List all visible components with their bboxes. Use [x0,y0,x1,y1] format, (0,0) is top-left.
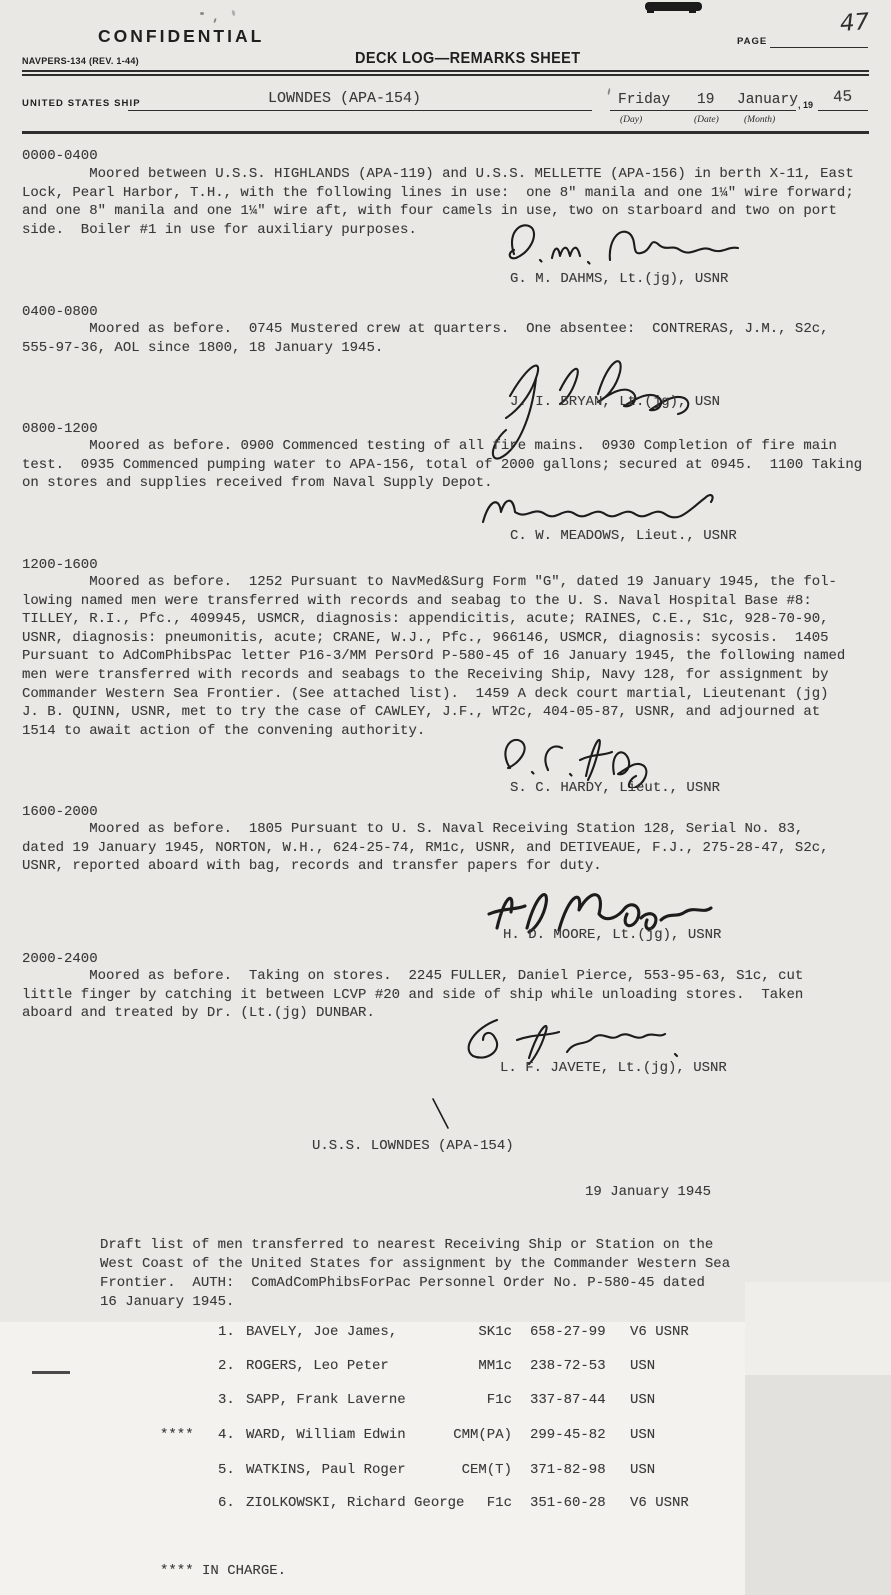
smudge-mark [231,10,235,17]
signed-by: S. C. HARDY, Lieut., USNR [510,779,720,798]
watch-entry-text: Moored as before. 1252 Pursuant to NavMe… [22,573,867,740]
roster-service-number: 299-45-82 [530,1426,606,1445]
signed-by: G. M. DAHMS, Lt.(jg), USNR [510,270,728,289]
roster-branch: USN [630,1426,655,1445]
smudge-mark [200,12,204,15]
roster-number: 1. [218,1323,235,1342]
watch-time-range: 0000-0400 [22,147,98,166]
roster-branch: USN [630,1461,655,1480]
signed-by: J. I. BRYAN, Lt.(jg), USN [510,393,720,412]
roster-row: **** 4. WARD, William Edwin CMM(PA) 299-… [0,1426,891,1445]
log-date: 19 [697,91,714,110]
binder-clip-foot [647,9,654,13]
year-value: 45 [833,88,853,108]
year-prefix: , 19 [798,100,813,110]
log-day: Friday [618,91,670,110]
roster-rate: F1c [398,1494,512,1513]
roster-number: 5. [218,1461,235,1480]
watch-time-range: 2000-2400 [22,950,98,969]
roster-name: SAPP, Frank Laverne [246,1391,406,1410]
roster-name: WATKINS, Paul Roger [246,1461,406,1480]
watch-entry-text: Moored as before. 1805 Pursuant to U. S.… [22,820,867,876]
smudge-mark [607,88,610,95]
deck-log-remarks-sheet: CONFIDENTIAL PAGE 47 NAVPERS-134 (REV. 1… [0,0,891,1595]
date-caption: (Date) [694,115,719,125]
roster-service-number: 238-72-53 [530,1357,606,1376]
watch-time-range: 0400-0800 [22,303,98,322]
form-title: DECK LOG—REMARKS SHEET [355,51,581,68]
day-caption: (Day) [620,115,642,125]
roster-number: 4. [218,1426,235,1445]
watch-time-range: 1200-1600 [22,556,98,575]
roster-row: 2. ROGERS, Leo Peter MM1c 238-72-53 USN [0,1357,891,1376]
roster-rate: CEM(T) [398,1461,512,1480]
roster-row: 5. WATKINS, Paul Roger CEM(T) 371-82-98 … [0,1461,891,1480]
roster-service-number: 658-27-99 [530,1323,606,1342]
roster-branch: V6 USNR [630,1494,689,1513]
watch-entry-text: Moored as before. 0745 Mustered crew at … [22,320,867,357]
roster-rate: F1c [398,1391,512,1410]
roster-number: 3. [218,1391,235,1410]
attachment-date: 19 January 1945 [585,1183,711,1202]
attachment-ship-title: U.S.S. LOWNDES (APA-154) [312,1137,514,1156]
roster-footnote: **** IN CHARGE. [160,1562,286,1581]
watch-time-range: 1600-2000 [22,803,98,822]
date-line [610,110,796,111]
roster-number: 2. [218,1357,235,1376]
roster-service-number: 371-82-98 [530,1461,606,1480]
binder-clip-foot [689,9,696,13]
classification-banner: CONFIDENTIAL [98,26,264,47]
watch-entry-text: Moored between U.S.S. HIGHLANDS (APA-119… [22,165,867,239]
header-heavy-rule [22,131,869,134]
log-month: January [737,91,798,110]
roster-name: BAVELY, Joe James, [246,1323,397,1342]
roster-row: 6. ZIOLKOWSKI, Richard George F1c 351-60… [0,1494,891,1513]
signed-by: H. D. MOORE, Lt.(jg), USNR [503,926,721,945]
page-label: PAGE [737,36,767,47]
year-line [818,110,868,111]
roster-rate: MM1c [398,1357,512,1376]
watch-entry-text: Moored as before. Taking on stores. 2245… [22,967,867,1023]
roster-rate: SK1c [398,1323,512,1342]
watch-time-range: 0800-1200 [22,420,98,439]
roster-rate: CMM(PA) [398,1426,512,1445]
roster-row: 1. BAVELY, Joe James, SK1c 658-27-99 V6 … [0,1323,891,1342]
month-caption: (Month) [744,115,775,125]
attachment-intro: Draft list of men transferred to nearest… [100,1236,760,1312]
double-rule-bottom [22,74,869,76]
double-rule-top [22,70,869,72]
roster-row: 3. SAPP, Frank Laverne F1c 337-87-44 USN [0,1391,891,1410]
signed-by: C. W. MEADOWS, Lieut., USNR [510,527,737,546]
watch-entry-text: Moored as before. 0900 Commenced testing… [22,437,867,493]
roster-number: 6. [218,1494,235,1513]
roster-branch: USN [630,1391,655,1410]
roster-service-number: 351-60-28 [530,1494,606,1513]
ship-name-line [128,110,592,111]
ship-name: LOWNDES (APA-154) [268,90,421,109]
signed-by: L. F. JAVETE, Lt.(jg), USNR [500,1059,727,1078]
roster-marker: **** [160,1426,194,1445]
roster-branch: USN [630,1357,655,1376]
page-number-handwritten: 47 [839,9,870,37]
roster-service-number: 337-87-44 [530,1391,606,1410]
roster-name: WARD, William Edwin [246,1426,406,1445]
smudge-mark [213,18,217,23]
roster-name: ROGERS, Leo Peter [246,1357,389,1376]
stray-pen-stroke [428,1096,454,1132]
roster-branch: V6 USNR [630,1323,689,1342]
page-number-line [770,47,868,48]
ship-label: UNITED STATES SHIP [22,98,141,109]
form-number: NAVPERS-134 (REV. 1-44) [22,56,139,66]
